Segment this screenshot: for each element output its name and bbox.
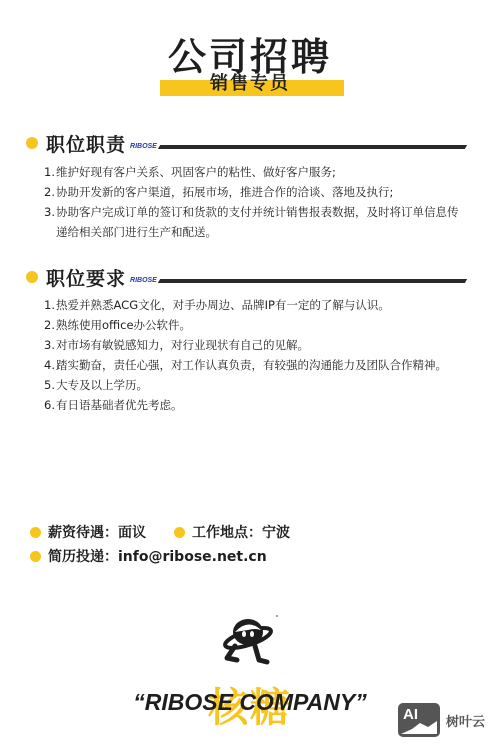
list-item: 6. 有日语基础者优先考虑。 — [44, 395, 464, 415]
info-row-email: 简历投递：info@ribose.net.cn — [30, 546, 267, 566]
mascot-logo-icon — [215, 612, 285, 668]
section-header-duties: 职位职责 RIBOSE — [26, 129, 466, 157]
bullet-dot-icon — [174, 527, 185, 538]
bullet-dot-icon — [26, 137, 38, 149]
list-item: 5. 大专及以上学历。 — [44, 375, 464, 395]
ai-image-icon: AI — [398, 703, 440, 737]
watermark: AI 树叶云 — [398, 703, 485, 737]
location-info: 工作地点：宁波 — [192, 522, 290, 542]
section-title: 职位要求 — [46, 264, 126, 291]
list-item: 4. 踏实勤奋，责任心强，对工作认真负责，有较强的沟通能力及团队合作精神。 — [44, 355, 464, 375]
bullet-dot-icon — [30, 527, 41, 538]
section-header-requirements: 职位要求 RIBOSE — [26, 263, 466, 291]
info-row-salary-location: 薪资待遇：面议 工作地点：宁波 — [30, 522, 290, 542]
list-item: 1. 热爱并熟悉ACG文化，对手办周边、品牌IP有一定的了解与认识。 — [44, 295, 464, 315]
watermark-label: 树叶云 — [446, 711, 485, 730]
duties-list: 1. 维护好现有客户关系、巩固客户的粘性、做好客户服务; 2. 协助开发新的客户… — [44, 162, 464, 242]
bullet-dot-icon — [26, 271, 38, 283]
list-item: 2. 熟练使用office办公软件。 — [44, 315, 464, 335]
email-info[interactable]: 简历投递：info@ribose.net.cn — [48, 546, 267, 566]
list-item: 1. 维护好现有客户关系、巩固客户的粘性、做好客户服务; — [44, 162, 464, 182]
list-item: 3. 协助客户完成订单的签订和货款的支付并统计销售报表数据，及时将订单信息传递给… — [44, 202, 464, 242]
divider-rule — [158, 279, 467, 283]
brand-tag: RIBOSE — [130, 143, 157, 150]
list-item: 2. 协助开发新的客户渠道，拓展市场，推进合作的洽谈、落地及执行; — [44, 182, 464, 202]
requirements-list: 1. 热爱并熟悉ACG文化，对手办周边、品牌IP有一定的了解与认识。 2. 熟练… — [44, 295, 464, 415]
brand-tag: RIBOSE — [130, 277, 157, 284]
divider-rule — [158, 145, 467, 149]
list-item: 3. 对市场有敏锐感知力，对行业现状有自己的见解。 — [44, 335, 464, 355]
section-title: 职位职责 — [46, 130, 126, 157]
salary-info: 薪资待遇：面议 — [48, 522, 146, 542]
job-subtitle: 销售专员 — [0, 69, 500, 95]
bullet-dot-icon — [30, 551, 41, 562]
